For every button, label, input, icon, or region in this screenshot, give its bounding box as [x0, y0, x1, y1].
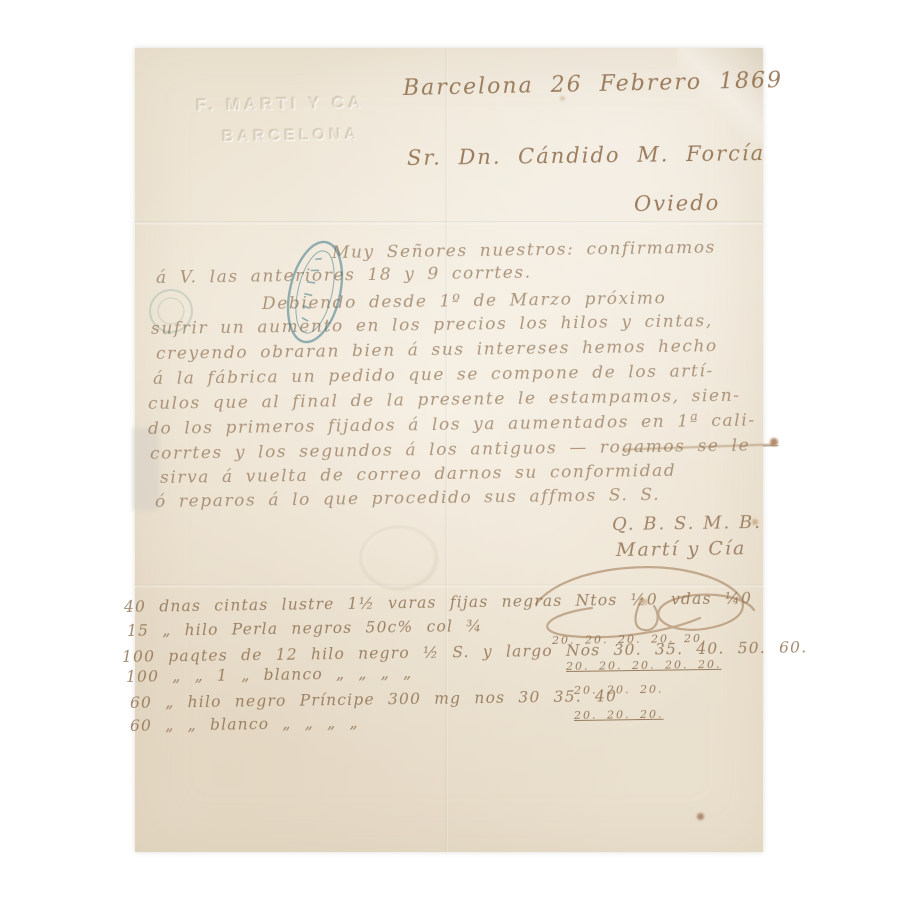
order-line: 60 „ „ blanco „ „ „ „	[130, 714, 359, 735]
order-price-row: 20. 20. 20. 20. 20.	[552, 632, 708, 647]
recipient-name: Sr. Dn. Cándido M. Forcía	[407, 141, 765, 170]
foxing-spot	[752, 519, 758, 525]
foxing-spot	[642, 599, 648, 605]
order-price-row: 20. 20. 20. 20. 20.	[566, 658, 722, 673]
embossed-company-stamp-line2: BARCELONA	[222, 126, 361, 146]
foxing-spot	[770, 438, 778, 446]
order-price-row: 20. 20. 20.	[574, 683, 664, 697]
foxing-spot	[697, 813, 704, 820]
embossed-round-seal	[360, 526, 438, 590]
corner-fold-mark	[677, 48, 763, 144]
foxing-spot	[560, 96, 565, 101]
order-price-row: 20. 20. 20.	[574, 708, 664, 722]
closing-formula: Q. B. S. M. B.	[612, 512, 762, 535]
recipient-city: Oviedo	[634, 191, 721, 216]
embossed-company-stamp-line1: F. MARTI Y CA	[196, 93, 365, 116]
photo-background: F. MARTI Y CA BARCELONA Barcelona 26 Feb…	[0, 0, 900, 900]
faint-round-ink-stamp	[146, 286, 196, 336]
horizontal-fold-crease	[135, 221, 763, 225]
